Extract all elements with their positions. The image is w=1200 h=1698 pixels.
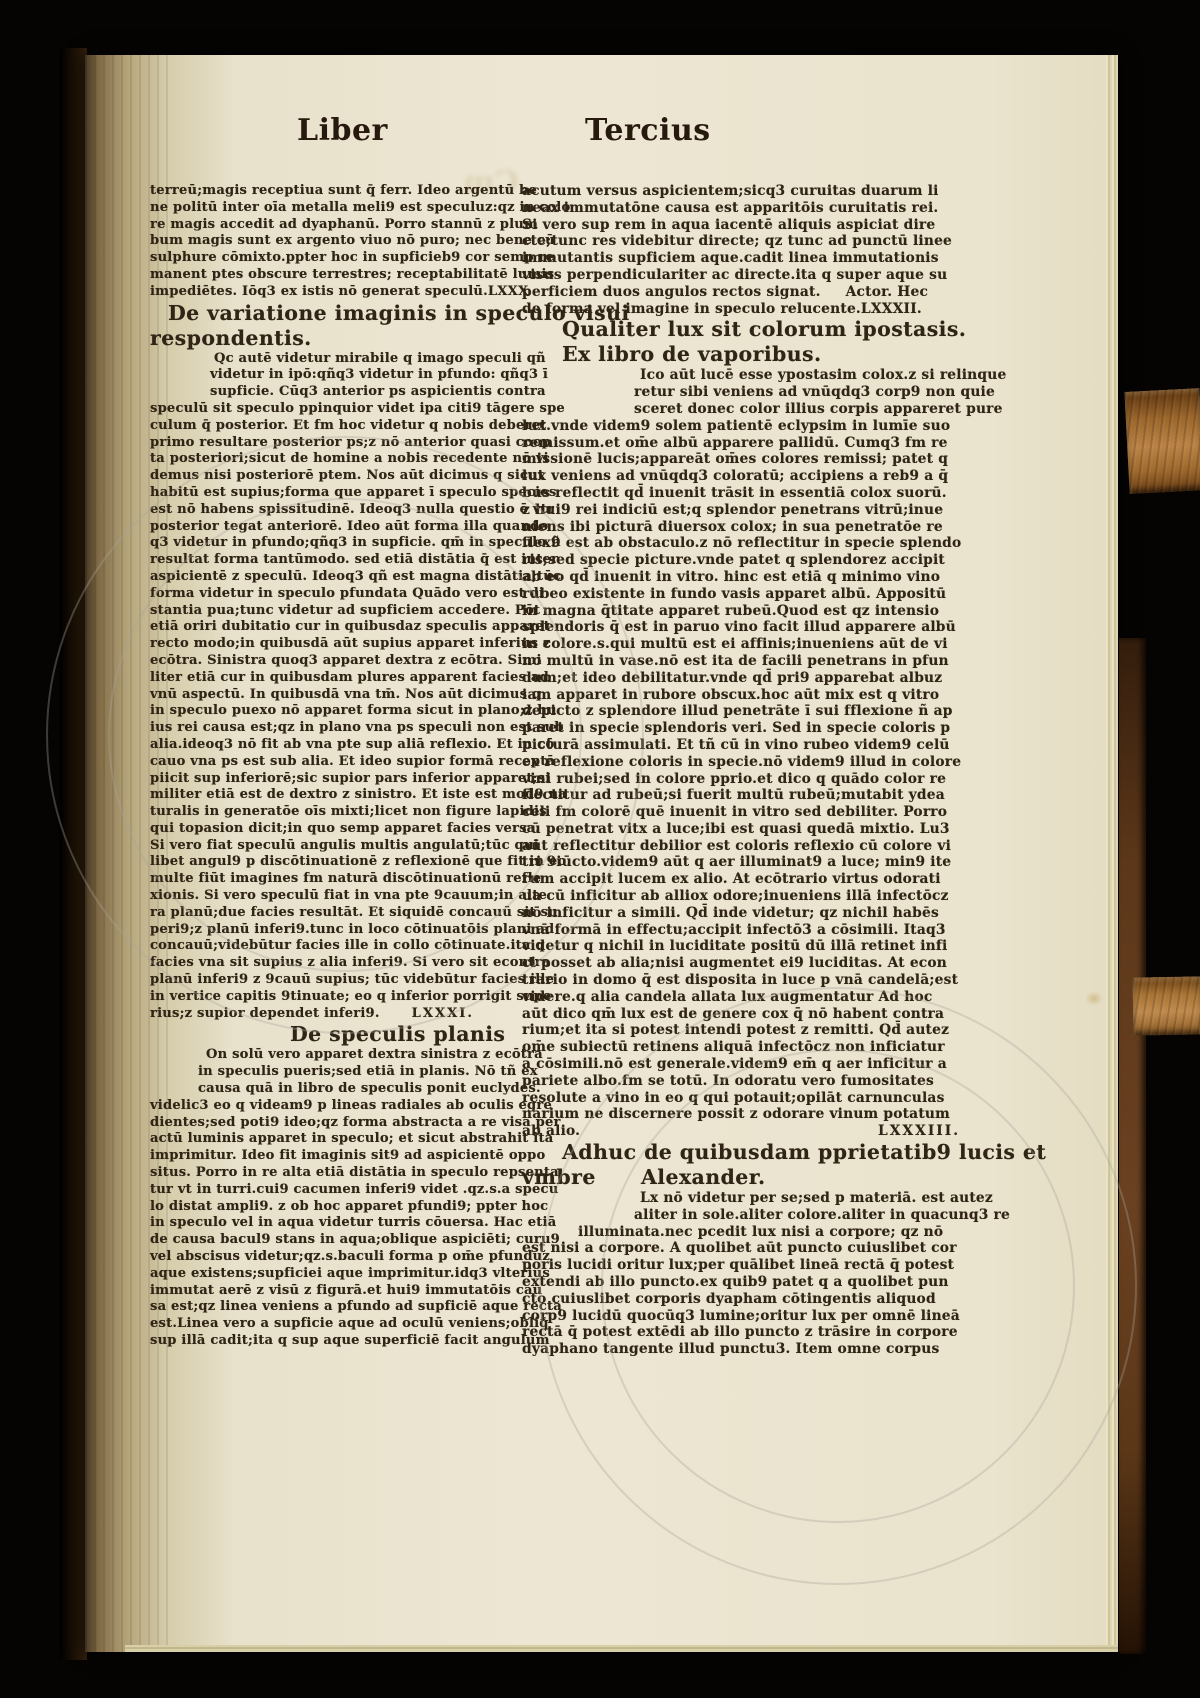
text-line: ris;sed specie picture.vnde patet q sple… bbox=[522, 552, 960, 569]
text-line: impediētes. Iōq3 ex istis nō generat spe… bbox=[150, 284, 554, 301]
text-line: Qc autē videtur mirabile q imago speculi… bbox=[150, 351, 554, 368]
text-line: primo resultare posterior ps;z nō anteri… bbox=[150, 435, 554, 452]
text-line: poris lucidi oritur lux;per quālibet lin… bbox=[522, 1257, 960, 1274]
text-line: flex9 est ab obstaculo.z nō reflectitur … bbox=[522, 535, 960, 552]
text-line: ecōtra. Sinistra quoq3 apparet dextra z … bbox=[150, 653, 554, 670]
text-line: illuminata.nec pcedit lux nisi a corpore… bbox=[522, 1224, 960, 1241]
text-line: in vertice capitis 9tinuate; eo q inferi… bbox=[150, 989, 554, 1006]
leather-texture bbox=[1124, 388, 1200, 494]
text-line: ci posset ab alia;nisi augmentet ei9 luc… bbox=[522, 955, 960, 972]
text-line: tri 9iūcto.videm9 aūt q aer illuminat9 a… bbox=[522, 854, 960, 871]
text-line: in speculo vel in aqua videtur turris cō… bbox=[150, 1215, 554, 1232]
text-line: narium ne discernere possit z odorare vi… bbox=[522, 1106, 960, 1123]
leather-clasp-strap-bottom bbox=[1132, 976, 1200, 1035]
text-line: Si vero fiat speculū angulis multis angu… bbox=[150, 838, 554, 855]
foxing-spot bbox=[1085, 991, 1103, 1006]
binding-edge-strip bbox=[1119, 638, 1146, 1654]
text-line: piicit sup inferiorē;sic supior pars inf… bbox=[150, 771, 554, 788]
paragraph: terreū;magis receptiua sunt q̄ ferr. Ide… bbox=[150, 183, 554, 301]
paragraph: Ico aūt lucē esse ypostasim colox.z si r… bbox=[522, 367, 960, 1140]
text-line: immutat aerē z visū z figurā.et hui9 imm… bbox=[150, 1283, 554, 1300]
text-line: picturā assimulati. Et tñ cū in vino rub… bbox=[522, 737, 960, 754]
text-line: de forma vel imagine in speculo relucent… bbox=[522, 301, 960, 318]
paragraph: Qc autē videtur mirabile q imago speculi… bbox=[150, 351, 554, 1023]
text-line: est nō habens spissitudinē. Ideoq3 nulla… bbox=[150, 502, 554, 519]
text-line: concauū;videbūtur facies ille in collo c… bbox=[150, 938, 554, 955]
text-line: q3 videtur in pfundo;qñq3 in supficie. q… bbox=[150, 535, 554, 552]
text-line: sulphure cōmixto.ppter hoc in supficieb9… bbox=[150, 250, 554, 267]
text-line: est.Linea vero a supficie aque ad oculū … bbox=[150, 1316, 554, 1333]
text-line: De speculis planis bbox=[150, 1022, 554, 1047]
text-line: aque existens;supficiei aque imprimitur.… bbox=[150, 1266, 554, 1283]
leather-clasp-strap-top bbox=[1124, 388, 1200, 494]
page-fore-edge bbox=[1106, 55, 1118, 1652]
text-line: causa quā in libro de speculis ponit euc… bbox=[150, 1081, 554, 1098]
running-title-liber: Liber bbox=[297, 113, 388, 148]
text-line: ius rei causa est;qz in plano vna ps spe… bbox=[150, 720, 554, 737]
text-line: turalis in generatōe oīs mixti;licet non… bbox=[150, 804, 554, 821]
text-line: ra planū;due facies resultāt. Et siquidē… bbox=[150, 905, 554, 922]
text-line: culum q̄ posterior. Et fm hoc videtur q … bbox=[150, 418, 554, 435]
text-line: Ico aūt lucē esse ypostasim colox.z si r… bbox=[522, 367, 960, 384]
text-line: Qualiter lux sit colorum ipostasis. bbox=[522, 317, 960, 342]
text-line: corp9 lucidū quocūq3 lumine;oritur lux p… bbox=[522, 1308, 960, 1325]
text-line: supficie. Cūq3 anterior ps aspicientis c… bbox=[150, 384, 554, 401]
text-line: in speculo puexo nō apparet forma sicut … bbox=[150, 703, 554, 720]
text-line: rectā q̄ potest extēdi ab illo puncto z … bbox=[522, 1324, 960, 1341]
text-line: resolute a vino in eo q qui potauit;opil… bbox=[522, 1090, 960, 1107]
text-line: cauo vna ps est sub alia. Et ideo supior… bbox=[150, 754, 554, 771]
text-line: planū inferi9 z 9cauū supius; tūc videbū… bbox=[150, 972, 554, 989]
text-line: nō inficitur a simili. Qd̄ inde videtur;… bbox=[522, 905, 960, 922]
text-line: habitū est supius;forma que apparet ī sp… bbox=[150, 485, 554, 502]
leather-texture bbox=[1132, 976, 1200, 1035]
text-line: neax immutatōne causa est apparitōis cur… bbox=[522, 200, 960, 217]
text-line: posterior tegat anteriorē. Ideo aūt form… bbox=[150, 519, 554, 536]
text-line: cto cuiuslibet corporis dyapham cōtingen… bbox=[522, 1291, 960, 1308]
text-line: sa est;qz linea veniens a pfundo ad supf… bbox=[150, 1299, 554, 1316]
text-line: de causa bacul9 stans in aqua;oblique as… bbox=[150, 1232, 554, 1249]
text-line: aūt dico qm̄ lux est de genere cox q̄ nō… bbox=[522, 1006, 960, 1023]
text-line: missionē lucis;appareāt om̄es colores re… bbox=[522, 451, 960, 468]
text-line: rubeo existente in fundo vasis apparet a… bbox=[522, 586, 960, 603]
text-line: lux veniens ad vnūqdq3 coloratū; accipie… bbox=[522, 468, 960, 485]
text-line: qui topasion dicit;in quo semp apparet f… bbox=[150, 821, 554, 838]
text-line: videtur q nichil in luciditate positū dū… bbox=[522, 938, 960, 955]
text-line: rius;z supior dependet inferi9.LXXXI. bbox=[150, 1006, 554, 1023]
text-line: etiā oriri dubitatio cur in quibusdaz sp… bbox=[150, 619, 554, 636]
text-line: aūt reflectitur debilior est coloris ref… bbox=[522, 838, 960, 855]
text-line: aspicientē z speculū. Ideoq3 qñ est magn… bbox=[150, 569, 554, 586]
book-page: Cm Liber Tercius terreū;magis receptiua … bbox=[85, 55, 1118, 1652]
text-segment: ab alio. bbox=[522, 1123, 580, 1140]
text-line: vmbre Alexander. bbox=[522, 1165, 960, 1190]
text-line: forma videtur in speculo pfundata Quādo … bbox=[150, 586, 554, 603]
text-line: retur sibi veniens ad vnūqdq3 corp9 non … bbox=[522, 384, 960, 401]
text-line: vnā formā in effectu;accipit infectō3 a … bbox=[522, 922, 960, 939]
section-heading: Qualiter lux sit colorum ipostasis.Ex li… bbox=[522, 317, 960, 367]
text-line: lo distat ampli9. z ob hoc apparet pfund… bbox=[150, 1199, 554, 1216]
text-line: acutum versus aspicientem;sicq3 curuitas… bbox=[522, 183, 960, 200]
text-line: re magis accedit ad dyaphanū. Porro stan… bbox=[150, 217, 554, 234]
text-line: videtur in ipō:qñq3 videtur in pfundo: q… bbox=[150, 367, 554, 384]
text-line: tur vt in turri.cui9 cacumen inferi9 vid… bbox=[150, 1182, 554, 1199]
text-line: sceret donec color illius corpis apparer… bbox=[522, 401, 960, 418]
text-line: Ex libro de vaporibus. bbox=[522, 342, 960, 367]
text-line: ta posteriori;sicut de homine a nobis re… bbox=[150, 451, 554, 468]
paragraph: On solū vero apparet dextra sinistra z e… bbox=[150, 1047, 554, 1349]
page-bottom-edge bbox=[125, 1645, 1118, 1652]
text-line: alia.ideoq3 nō fit ab vna pte sup aliā r… bbox=[150, 737, 554, 754]
text-line: om̄e subiectū retinens aliquā infectōcz … bbox=[522, 1039, 960, 1056]
foxing-spot bbox=[325, 565, 339, 577]
text-column-left: terreū;magis receptiua sunt q̄ ferr. Ide… bbox=[150, 183, 554, 1350]
text-line: situs. Porro in re alta etiā distātia in… bbox=[150, 1165, 554, 1182]
text-line: cū penetrat vitx a luce;ibi est quasi qu… bbox=[522, 821, 960, 838]
text-line: facies vna sit supius z alia inferi9. Si… bbox=[150, 955, 554, 972]
chapter-number: LXXXI. bbox=[412, 1006, 474, 1023]
text-line: immutantis supficiem aque.cadit linea im… bbox=[522, 250, 960, 267]
text-line: dum;et ideo debilitatur.vnde qd̄ pri9 ap… bbox=[522, 670, 960, 687]
text-line: multe fiūt imagines fm naturā discōtinua… bbox=[150, 871, 554, 888]
text-line: lux.vnde videm9 solem patientē eclypsim … bbox=[522, 418, 960, 435]
section-heading: De variatione imaginis in speculo visuir… bbox=[150, 301, 554, 351]
section-heading: Adhuc de quibusdam pprietatib9 lucis etv… bbox=[522, 1140, 960, 1190]
text-line: militer etiā est de dextro z sinistro. E… bbox=[150, 787, 554, 804]
text-line: demus nisi posteriorē ptem. Nos aūt dici… bbox=[150, 468, 554, 485]
text-line: flectitur ad rubeū;si fuerit multū rubeū… bbox=[522, 787, 960, 804]
text-line: pariete albo.fm se totū. In odoratu vero… bbox=[522, 1073, 960, 1090]
text-line: speculū sit speculo ppinquior videt ipa … bbox=[150, 401, 554, 418]
text-line: depicto z splendore illud penetrāte ī su… bbox=[522, 703, 960, 720]
text-line: aliter in sole.aliter colore.aliter in q… bbox=[522, 1207, 960, 1224]
text-line: cte;tunc res videbitur directe; qz tunc … bbox=[522, 233, 960, 250]
text-line: in magna q̄titate apparet rubeū.Quod est… bbox=[522, 603, 960, 620]
text-line: stantia pua;tunc videtur ad supficiem ac… bbox=[150, 603, 554, 620]
text-line: On solū vero apparet dextra sinistra z e… bbox=[150, 1047, 554, 1064]
text-line: visus perpendiculariter ac directe.ita q… bbox=[522, 267, 960, 284]
book-spine-edge bbox=[60, 48, 87, 1660]
text-line: a cōsimili.nō est generale.videm9 em̄ q … bbox=[522, 1056, 960, 1073]
text-line: in colore.s.qui multū est ei affinis;inu… bbox=[522, 636, 960, 653]
text-line: splendoris q̄ est in paruo vino facit il… bbox=[522, 619, 960, 636]
text-line: terreū;magis receptiua sunt q̄ ferr. Ide… bbox=[150, 183, 554, 200]
chapter-number: LXXXIII. bbox=[878, 1123, 960, 1140]
text-line: rum accipit lucem ex alio. At ecōtrario … bbox=[522, 871, 960, 888]
text-line: resultat forma tantūmodo. sed etiā distā… bbox=[150, 552, 554, 569]
text-line: dientes;sed poti9 ideo;qz forma abstract… bbox=[150, 1115, 554, 1132]
text-line: rium;et ita si potest intendi potest z r… bbox=[522, 1022, 960, 1039]
text-line: paret in specie splendoris veri. Sed in … bbox=[522, 720, 960, 737]
text-line: in speculis pueris;sed etiā in planis. N… bbox=[150, 1064, 554, 1081]
text-line: xionis. Si vero speculū fiat in vna pte … bbox=[150, 888, 554, 905]
text-segment: rius;z supior dependet inferi9. bbox=[150, 1006, 380, 1023]
text-line: vnū aspectū. In quibusdā vna tm̄. Nos aū… bbox=[150, 687, 554, 704]
text-line: Si vero sup rem in aqua iacentē aliquis … bbox=[522, 217, 960, 234]
text-line: peri9;z planū inferi9.tunc in loco cōtin… bbox=[150, 922, 554, 939]
text-line: trario in domo q̄ est disposita in luce … bbox=[522, 972, 960, 989]
text-line: imprimitur. Ideo fit imaginis sit9 ad as… bbox=[150, 1148, 554, 1165]
text-line: Lx nō videtur per se;sed p materiā. est … bbox=[522, 1190, 960, 1207]
text-line: celi fm colorē quē inuenit in vitro sed … bbox=[522, 804, 960, 821]
text-line: est nisi a corpore. A quolibet aūt punct… bbox=[522, 1240, 960, 1257]
text-line: videlic3 eo q videam9 p lineas radiales … bbox=[150, 1098, 554, 1115]
paragraph: Lx nō videtur per se;sed p materiā. est … bbox=[522, 1190, 960, 1358]
text-line: ab eo qd̄ inuenit in vitro. hinc est eti… bbox=[522, 569, 960, 586]
text-line: libet angul9 p discōtinuationē z reflexi… bbox=[150, 854, 554, 871]
text-line: recto modo;in quibusdā aūt supius appare… bbox=[150, 636, 554, 653]
text-line: no multū in vase.nō est ita de facili pe… bbox=[522, 653, 960, 670]
text-line: perficiem duos angulos rectos signat. Ac… bbox=[522, 284, 960, 301]
text-line: Adhuc de quibusdam pprietatib9 lucis et bbox=[522, 1140, 960, 1165]
text-line: extendi ab illo puncto.ex quib9 patet q … bbox=[522, 1274, 960, 1291]
text-line: bus reflectit qd̄ inuenit trāsit in esse… bbox=[522, 485, 960, 502]
text-line: manent ptes obscure terrestres; receptab… bbox=[150, 267, 554, 284]
text-line: liter etiā cur in quibusdam plures appar… bbox=[150, 670, 554, 687]
text-line: bum magis sunt ex argento viuo nō puro; … bbox=[150, 233, 554, 250]
text-line: De variatione imaginis in speculo visui bbox=[150, 301, 554, 326]
paragraph: acutum versus aspicientem;sicq3 curuitas… bbox=[522, 183, 960, 317]
text-line: ne politū inter oīa metalla meli9 est sp… bbox=[150, 200, 554, 217]
text-line: actū luminis apparet in speculo; et sicu… bbox=[150, 1131, 554, 1148]
text-line: niens ibi picturā diuersox colox; in sua… bbox=[522, 519, 960, 536]
text-line: dyaphano tangente illud punctu3. Item om… bbox=[522, 1341, 960, 1358]
text-line: respondentis. bbox=[150, 326, 554, 351]
text-line: z hui9 rei indiciū est;q splendor penetr… bbox=[522, 502, 960, 519]
text-line: ua cū inficitur ab alliox odore;inuenien… bbox=[522, 888, 960, 905]
text-line: remissum.et om̄e albū apparere pallidū. … bbox=[522, 435, 960, 452]
text-line: ex reflexione coloris in specie.nō videm… bbox=[522, 754, 960, 771]
section-heading: De speculis planis bbox=[150, 1022, 554, 1047]
text-line: vini rubei;sed in colore pprio.et dico q… bbox=[522, 771, 960, 788]
book-photograph: Cm Liber Tercius terreū;magis receptiua … bbox=[0, 0, 1200, 1698]
text-line: ab alio.LXXXIII. bbox=[522, 1123, 960, 1140]
text-line: vel abscisus videtur;qz.s.baculi forma p… bbox=[150, 1249, 554, 1266]
text-line: iam apparet in rubore obscux.hoc aūt mix… bbox=[522, 687, 960, 704]
running-title-tercius: Tercius bbox=[585, 113, 711, 148]
text-line: sup illā cadit;ita q sup aque superficiē… bbox=[150, 1333, 554, 1350]
text-column-right: acutum versus aspicientem;sicq3 curuitas… bbox=[522, 183, 960, 1358]
text-line: videre.q alia candela allata lux augment… bbox=[522, 989, 960, 1006]
